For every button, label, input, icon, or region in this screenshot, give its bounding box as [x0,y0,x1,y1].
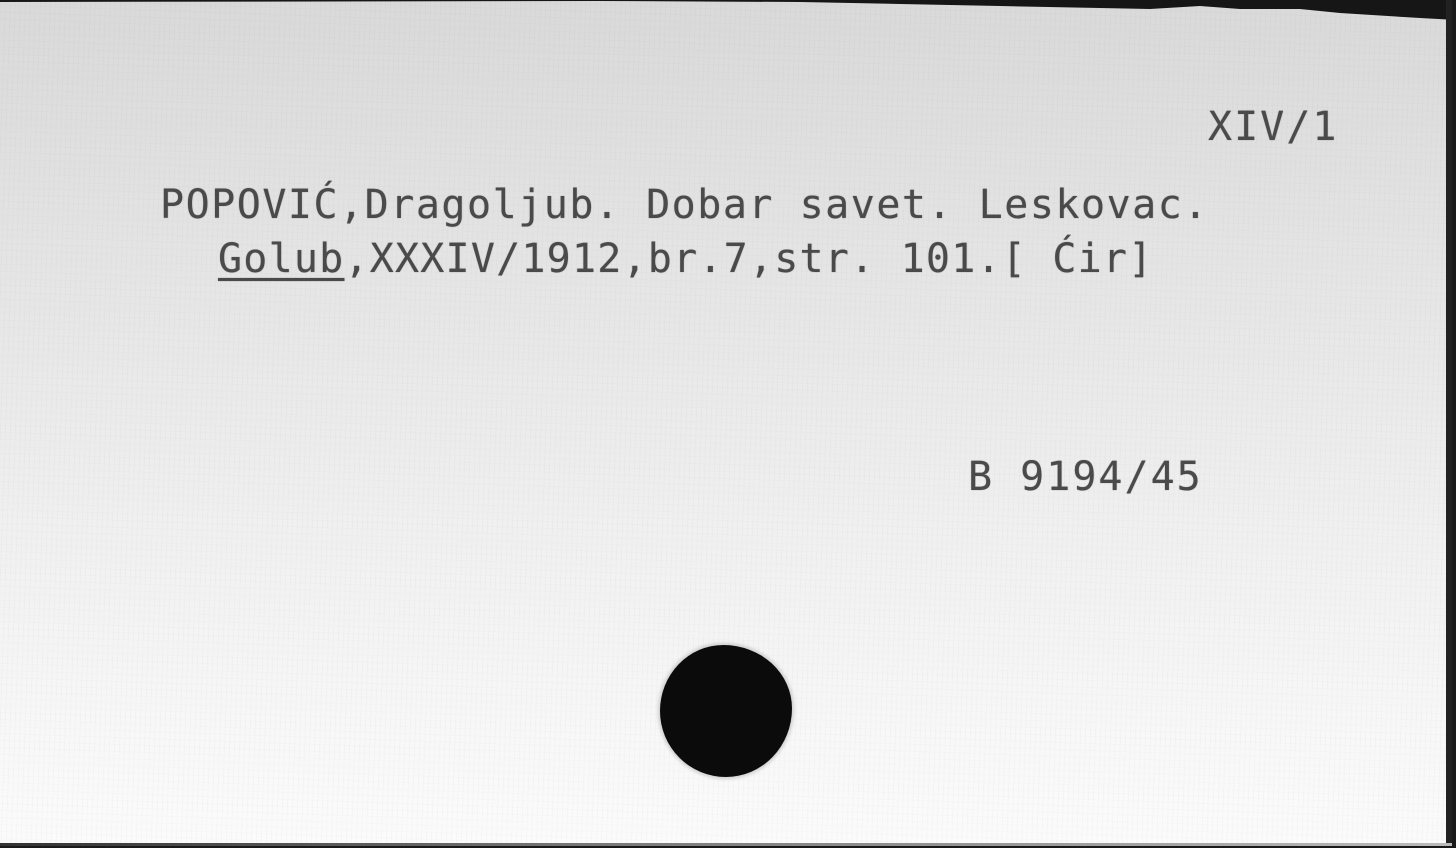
punch-hole [660,645,792,777]
title: Dobar savet. [646,182,953,228]
journal-name: Golub [218,236,344,282]
entry-line-2: Golub,XXXIV/1912,br.7,str. 101.[ Ćir] [218,236,1153,282]
citation: ,XXXIV/1912,br.7,str. 101. [344,236,1001,282]
card-bottom-edge [0,843,1452,846]
accession-number: B 9194/45 [968,454,1203,500]
script-note: [ Ćir] [1002,236,1154,282]
card-right-edge [1446,0,1452,846]
catalog-card: XIV/1 POPOVIĆ,Dragoljub. Dobar savet. Le… [0,0,1452,846]
place: Leskovac. [979,182,1209,228]
author: POPOVIĆ,Dragoljub. [160,182,620,228]
entry-line-1: POPOVIĆ,Dragoljub. Dobar savet. Leskovac… [160,182,1209,228]
call-number: XIV/1 [1208,104,1338,150]
scan-shadow-edge [0,0,1452,22]
